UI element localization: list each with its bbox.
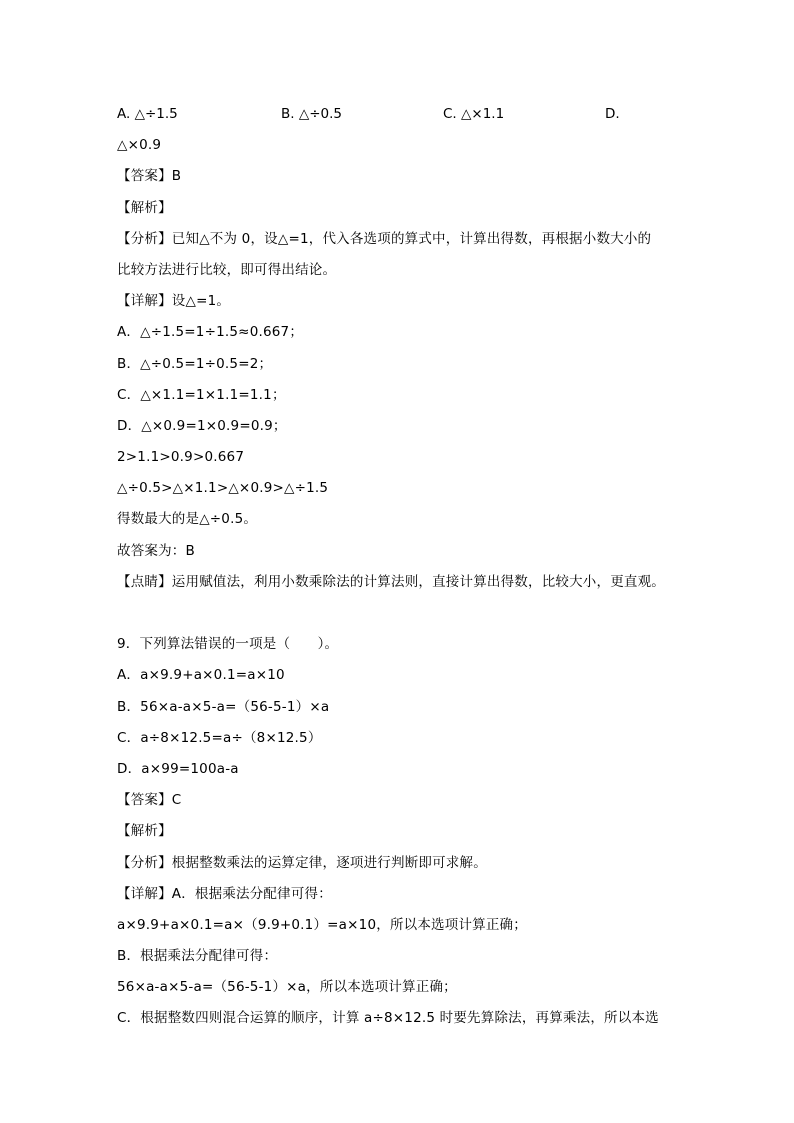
q8-analysis-line-1: 【分析】已知△不为 0，设△=1，代入各选项的算式中，计算出得数，再根据小数大小… [117, 229, 687, 260]
q9-question: 9．下列算法错误的一项是（ ）。 [117, 634, 687, 665]
q8-option-c: C. △×1.1 [443, 104, 605, 135]
q9-option-a: A．a×9.9+a×0.1=a×10 [117, 665, 687, 696]
q8-option-a-text: △÷1.5 [135, 106, 178, 122]
q8-option-c-text: △×1.1 [461, 106, 504, 122]
q8-option-b-text: △÷0.5 [299, 106, 342, 122]
q9-detail-c: C．根据整数四则混合运算的顺序，计算 a÷8×12.5 时要先算除法，再算乘法，… [117, 1008, 687, 1039]
q8-option-b: B. △÷0.5 [281, 104, 443, 135]
q9-detail-b-heading: B．根据乘法分配律可得： [117, 946, 687, 977]
q8-compare-values: 2>1.1>0.9>0.667 [117, 447, 687, 478]
q8-analysis-heading: 【解析】 [117, 198, 687, 229]
q8-max-result: 得数最大的是△÷0.5。 [117, 509, 687, 540]
q9-answer: 【答案】C [117, 790, 687, 821]
q8-step-a: A．△÷1.5=1÷1.5≈0.667； [117, 322, 687, 353]
q9-detail-heading: 【详解】A．根据乘法分配律可得： [117, 884, 687, 915]
q8-option-a-label: A. [117, 106, 130, 122]
q9-option-b: B．56×a-a×5-a=（56-5-1）×a [117, 697, 687, 728]
section-spacer [117, 603, 687, 634]
q9-option-d: D．a×99=100a-a [117, 759, 687, 790]
q9-option-c: C．a÷8×12.5=a÷（8×12.5） [117, 728, 687, 759]
q8-final-answer: 故答案为：B [117, 541, 687, 572]
q8-analysis-line-2: 比较方法进行比较，即可得出结论。 [117, 260, 687, 291]
q8-step-b: B．△÷0.5=1÷0.5=2； [117, 354, 687, 385]
q8-detail-heading: 【详解】设△=1。 [117, 291, 687, 322]
q8-options-row: A. △÷1.5 B. △÷0.5 C. △×1.1 D. [117, 104, 687, 135]
q8-step-c: C．△×1.1=1×1.1=1.1； [117, 385, 687, 416]
q9-detail-a: a×9.9+a×0.1=a×（9.9+0.1）=a×10，所以本选项计算正确； [117, 915, 687, 946]
q8-option-d: D. [605, 104, 665, 135]
q8-option-d-label: D. [605, 106, 620, 122]
q8-step-d: D．△×0.9=1×0.9=0.9； [117, 416, 687, 447]
q8-option-a: A. △÷1.5 [117, 104, 281, 135]
q8-option-c-label: C. [443, 106, 457, 122]
q8-key-point: 【点睛】运用赋值法，利用小数乘除法的计算法则，直接计算出得数，比较大小，更直观。 [117, 572, 687, 603]
document-page: A. △÷1.5 B. △÷0.5 C. △×1.1 D. △×0.9 【答案】… [117, 104, 687, 1040]
q8-compare-exprs: △÷0.5>△×1.1>△×0.9>△÷1.5 [117, 478, 687, 509]
q8-option-b-label: B. [281, 106, 295, 122]
q9-analysis-heading: 【解析】 [117, 821, 687, 852]
q8-answer: 【答案】B [117, 166, 687, 197]
q9-analysis: 【分析】根据整数乘法的运算定律，逐项进行判断即可求解。 [117, 853, 687, 884]
q9-detail-b: 56×a-a×5-a=（56-5-1）×a，所以本选项计算正确； [117, 977, 687, 1008]
q8-option-d-text: △×0.9 [117, 135, 687, 166]
